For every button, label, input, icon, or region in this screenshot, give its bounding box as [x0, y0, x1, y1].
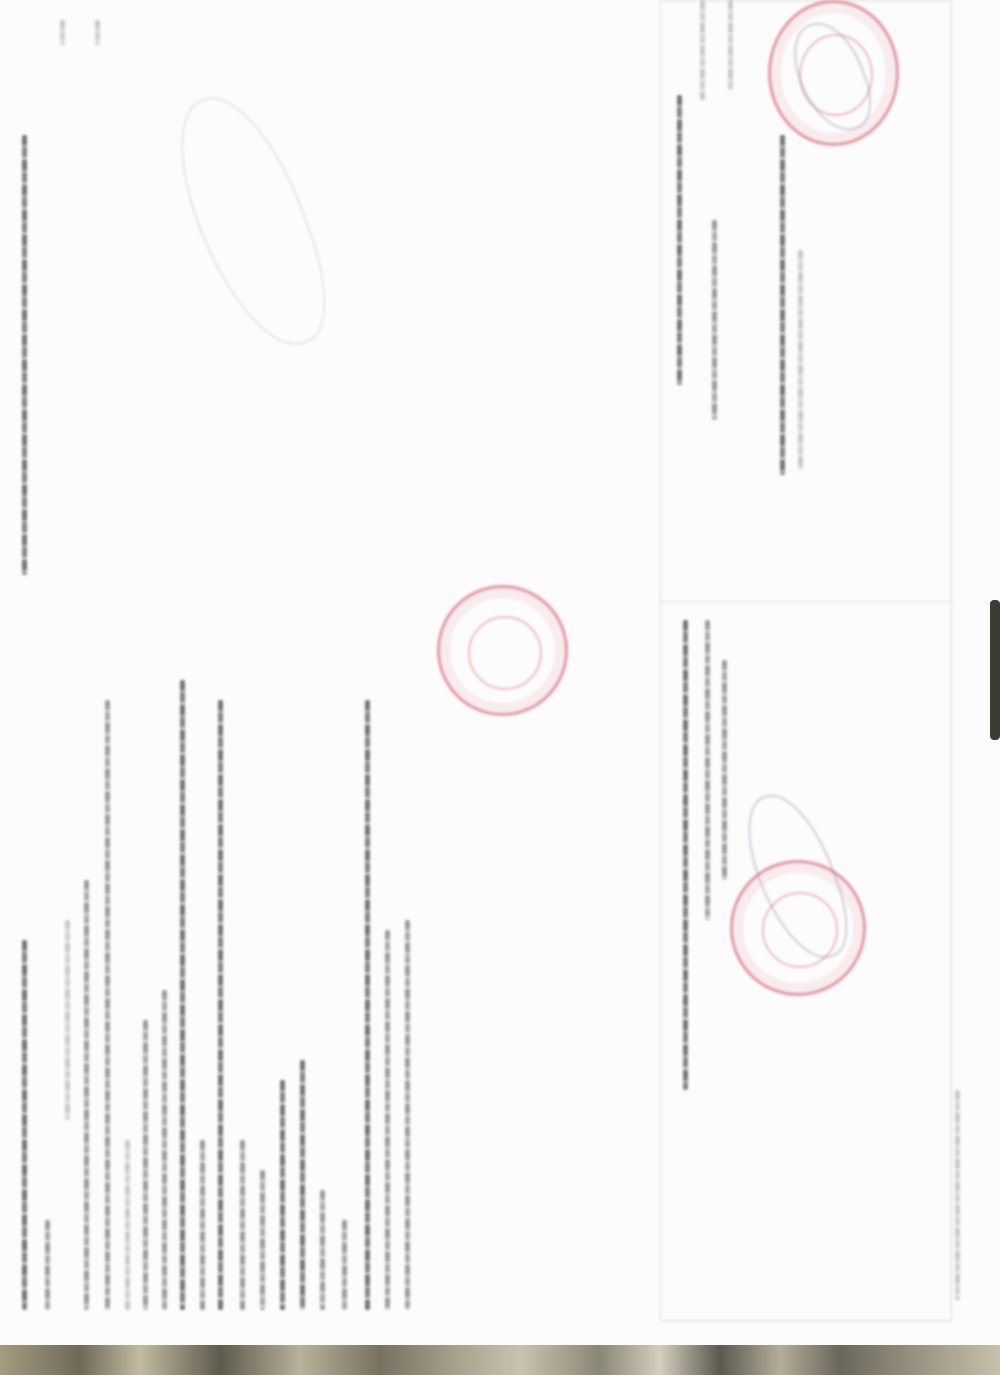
text-line — [700, 0, 705, 100]
text-line — [65, 920, 70, 1120]
official-stamp — [437, 585, 568, 716]
text-line — [180, 680, 185, 1310]
text-line — [955, 1090, 960, 1300]
text-line — [143, 1020, 148, 1310]
text-line — [60, 20, 65, 45]
text-line — [385, 930, 390, 1310]
text-line — [683, 620, 688, 1090]
text-line — [342, 1220, 347, 1310]
text-line — [200, 1140, 205, 1310]
text-line — [365, 700, 370, 1310]
scanned-document-page — [0, 0, 1000, 1345]
text-line — [105, 700, 110, 1310]
text-line — [95, 20, 100, 45]
text-line — [722, 660, 727, 880]
text-line — [712, 220, 717, 420]
text-line — [300, 1060, 305, 1310]
scan-background-strip — [0, 1345, 1000, 1375]
text-line — [728, 0, 733, 90]
text-line — [84, 880, 89, 1310]
text-line — [260, 1170, 265, 1310]
text-line — [22, 940, 27, 1310]
text-line — [45, 1220, 50, 1310]
text-line — [125, 1140, 130, 1310]
text-line — [798, 250, 803, 470]
text-line — [405, 920, 410, 1310]
scan-edge-shadow — [990, 600, 1000, 740]
text-line — [22, 135, 27, 575]
text-line — [280, 1080, 285, 1310]
text-line — [240, 1140, 245, 1310]
text-line — [677, 95, 682, 385]
text-line — [218, 700, 223, 1310]
text-line — [162, 990, 167, 1310]
pencil-sketch — [158, 80, 346, 364]
text-line — [705, 620, 710, 920]
text-line — [780, 135, 785, 475]
text-line — [320, 1190, 325, 1310]
